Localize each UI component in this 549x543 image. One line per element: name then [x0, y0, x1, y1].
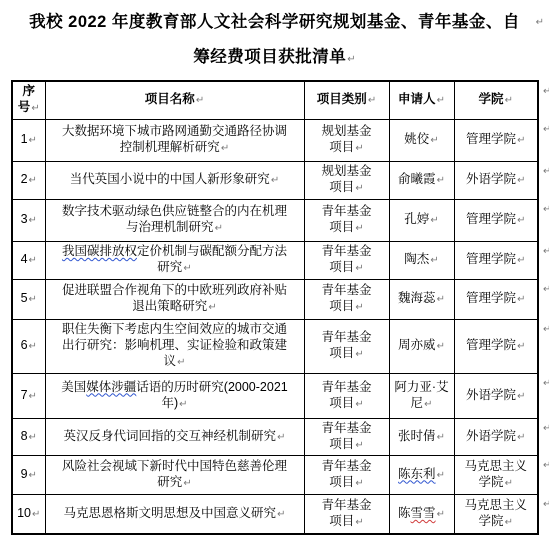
paragraph-mark: ↵ — [355, 302, 363, 313]
row-end-mark: ↵ — [538, 161, 549, 199]
cell-text: 管理学院 — [466, 291, 516, 305]
header-row: 序号↵ 项目名称↵ 项目类别↵ 申请人↵ 学院↵ ↵ — [12, 81, 549, 119]
cell-applicant: 陈雪雪↵ — [389, 494, 454, 534]
paragraph-mark: ↵ — [517, 294, 525, 305]
cell-text: 青年基金项目 — [321, 459, 371, 489]
cell-category: 青年基金项目↵ — [304, 455, 389, 494]
paragraph-mark: ↵ — [183, 478, 191, 489]
paragraph-mark: ↵ — [277, 432, 285, 443]
paragraph-mark: ↵ — [29, 255, 37, 266]
paragraph-mark: ↵ — [517, 135, 525, 146]
paragraph-mark: ↵ — [355, 183, 363, 194]
paragraph-mark: ↵ — [505, 478, 513, 489]
paragraph-mark: ↵ — [517, 341, 525, 352]
paragraph-mark: ↵ — [183, 263, 191, 274]
paragraph-mark: ↵ — [430, 215, 438, 226]
cell-applicant: 孔婷↵ — [389, 199, 454, 241]
paragraph-mark: ↵ — [31, 103, 39, 114]
cell-text: 4 — [21, 252, 28, 266]
title-text: 筹经费项目获批清单 — [193, 48, 346, 66]
paragraph-mark: ↵ — [355, 263, 363, 274]
cell-text: 青年基金项目 — [321, 380, 371, 410]
cell-college: 马克思主义学院↵ — [454, 494, 538, 534]
cell-text: 张时倩 — [398, 429, 436, 443]
cell-text: 马克思主义学院 — [464, 498, 527, 528]
row-end-mark: ↵ — [538, 119, 549, 161]
cell-text: 大数据环境下城市路网通勤交通路径协调控制机理解析研究 — [62, 124, 287, 154]
header-label: 学院 — [479, 92, 504, 106]
paragraph-mark: ↵ — [517, 175, 525, 186]
row-end-mark: ↵ — [538, 199, 549, 241]
cell-college: 外语学院↵ — [454, 161, 538, 199]
cell-text: 1 — [21, 132, 28, 146]
paragraph-mark: ↵ — [543, 124, 549, 135]
cell-text: 3 — [21, 212, 28, 226]
cell-text: 职住失衡下考虑内生空间效应的城市交通出行研究：影响机理、实证检验和政策建议 — [62, 322, 287, 368]
paragraph-mark: ↵ — [430, 135, 438, 146]
cell-text: 青年基金项目 — [321, 283, 371, 313]
cell-college: 马克思主义学院↵ — [454, 455, 538, 494]
cell-text: 阿力亚·艾尼 — [394, 380, 448, 410]
cell-project-name: 当代英国小说中的中国人新形象研究↵ — [45, 161, 304, 199]
table-row: 3↵数字技术驱动绿色供应链整合的内在机理与治理机制研究↵青年基金项目↵孔婷↵管理… — [12, 199, 549, 241]
cell-text: 当代英国小说中的中国人新形象研究 — [70, 172, 270, 186]
paragraph-mark: ↵ — [543, 378, 549, 389]
cell-category: 青年基金项目↵ — [304, 279, 389, 319]
paragraph-mark: ↵ — [536, 5, 544, 40]
paragraph-mark: ↵ — [543, 284, 549, 295]
paragraph-mark: ↵ — [437, 432, 445, 443]
cell-text: 外语学院 — [466, 388, 516, 402]
cell-project-name: 数字技术驱动绿色供应链整合的内在机理与治理机制研究↵ — [45, 199, 304, 241]
paragraph-mark: ↵ — [355, 517, 363, 528]
cell-text: 管理学院 — [466, 252, 516, 266]
cell-project-name: 职住失衡下考虑内生空间效应的城市交通出行研究：影响机理、实证检验和政策建议↵ — [45, 319, 304, 373]
table-row: 2↵当代英国小说中的中国人新形象研究↵规划基金项目↵俞曦霞↵外语学院↵↵ — [12, 161, 549, 199]
paragraph-mark: ↵ — [543, 246, 549, 257]
cell-text: 俞曦霞 — [398, 172, 436, 186]
cell-college: 外语学院↵ — [454, 373, 538, 418]
paragraph-mark: ↵ — [517, 432, 525, 443]
paragraph-mark: ↵ — [355, 349, 363, 360]
cell-applicant: 俞曦霞↵ — [389, 161, 454, 199]
paragraph-mark: ↵ — [355, 478, 363, 489]
paragraph-mark: ↵ — [355, 143, 363, 154]
cell-no: 3↵ — [12, 199, 45, 241]
cell-text: 陶杰 — [404, 252, 429, 266]
cell-category: 青年基金项目↵ — [304, 418, 389, 455]
cell-text: 定价机制与碳配额分配方法研究 — [137, 244, 287, 274]
cell-category: 规划基金项目↵ — [304, 119, 389, 161]
paragraph-mark: ↵ — [29, 391, 37, 402]
cell-text: 孔婷 — [404, 212, 429, 226]
row-end-mark: ↵ — [538, 455, 549, 494]
table-row: 5↵促进联盟合作视角下的中欧班列政府补贴退出策略研究↵青年基金项目↵魏海蕊↵管理… — [12, 279, 549, 319]
paragraph-mark: ↵ — [437, 509, 445, 520]
paragraph-mark: ↵ — [517, 391, 525, 402]
paragraph-mark: ↵ — [355, 223, 363, 234]
paragraph-mark: ↵ — [355, 440, 363, 451]
cell-applicant: 姚佼↵ — [389, 119, 454, 161]
cell-college: 管理学院↵ — [454, 199, 538, 241]
cell-project-name: 促进联盟合作视角下的中欧班列政府补贴退出策略研究↵ — [45, 279, 304, 319]
cell-text: 周亦威 — [398, 338, 436, 352]
cell-project-name: 美国媒体涉疆话语的历时研究(2000-2021 年)↵ — [45, 373, 304, 418]
table-row: 6↵职住失衡下考虑内生空间效应的城市交通出行研究：影响机理、实证检验和政策建议↵… — [12, 319, 549, 373]
title-line-2: 筹经费项目获批清单↵ — [0, 40, 549, 77]
cell-text: 6 — [21, 338, 28, 352]
cell-text: 陈东利 — [398, 467, 436, 481]
paragraph-mark: ↵ — [543, 423, 549, 434]
cell-text: 陈 — [398, 506, 411, 520]
paragraph-mark: ↵ — [347, 54, 355, 65]
paragraph-mark: ↵ — [437, 95, 445, 106]
cell-text: 管理学院 — [466, 212, 516, 226]
paragraph-mark: ↵ — [543, 460, 549, 471]
cell-no: 7↵ — [12, 373, 45, 418]
cell-text: 管理学院 — [466, 132, 516, 146]
cell-text: 规划基金项目 — [321, 124, 371, 154]
cell-text: 7 — [21, 388, 28, 402]
paragraph-mark: ↵ — [543, 86, 549, 97]
cell-text: 9 — [21, 467, 28, 481]
paragraph-mark: ↵ — [437, 470, 445, 481]
cell-category: 规划基金项目↵ — [304, 161, 389, 199]
cell-applicant: 魏海蕊↵ — [389, 279, 454, 319]
cell-text: 姚佼 — [404, 132, 429, 146]
cell-text: 管理学院 — [466, 338, 516, 352]
cell-text: 英汉反身代词回指的交互神经机制研究 — [64, 429, 277, 443]
paragraph-mark: ↵ — [29, 432, 37, 443]
paragraph-mark: ↵ — [517, 255, 525, 266]
cell-text: 风险社会视域下新时代中国特色慈善伦理研究 — [62, 459, 287, 489]
paragraph-mark: ↵ — [505, 95, 513, 106]
table-row: 10↵马克思恩格斯文明思想及中国意义研究↵青年基金项目↵陈雪雪↵马克思主义学院↵… — [12, 494, 549, 534]
paragraph-mark: ↵ — [29, 135, 37, 146]
paragraph-mark: ↵ — [368, 95, 376, 106]
table-header: 序号↵ 项目名称↵ 项目类别↵ 申请人↵ 学院↵ ↵ — [12, 81, 549, 119]
table-row: 8↵英汉反身代词回指的交互神经机制研究↵青年基金项目↵张时倩↵外语学院↵↵ — [12, 418, 549, 455]
cell-text: 马克思恩格斯文明思想及中国意义研究 — [64, 506, 277, 520]
paragraph-mark: ↵ — [29, 175, 37, 186]
cell-text: 外语学院 — [466, 429, 516, 443]
approved-projects-table: 序号↵ 项目名称↵ 项目类别↵ 申请人↵ 学院↵ ↵ 1↵大数据环境下城市路网通… — [11, 80, 549, 535]
row-end-mark: ↵ — [538, 418, 549, 455]
cell-text: 雪雪 — [411, 506, 436, 520]
cell-no: 10↵ — [12, 494, 45, 534]
paragraph-mark: ↵ — [543, 499, 549, 510]
cell-category: 青年基金项目↵ — [304, 199, 389, 241]
paragraph-mark: ↵ — [505, 517, 513, 528]
cell-college: 管理学院↵ — [454, 241, 538, 279]
title-line-1: 我校 2022 年度教育部人文社会科学研究规划基金、青年基金、自 ↵ — [0, 5, 549, 40]
cell-text: 媒体涉疆 — [86, 380, 136, 394]
cell-applicant: 张时倩↵ — [389, 418, 454, 455]
row-end-mark: ↵ — [538, 81, 549, 119]
cell-college: 管理学院↵ — [454, 119, 538, 161]
cell-project-name: 马克思恩格斯文明思想及中国意义研究↵ — [45, 494, 304, 534]
cell-college: 外语学院↵ — [454, 418, 538, 455]
paragraph-mark: ↵ — [29, 215, 37, 226]
row-end-mark: ↵ — [538, 279, 549, 319]
cell-text: 青年基金项目 — [321, 330, 371, 360]
paragraph-mark: ↵ — [271, 175, 279, 186]
cell-category: 青年基金项目↵ — [304, 494, 389, 534]
cell-text: 8 — [21, 429, 28, 443]
cell-text: 促进联盟合作视角下的中欧班列政府补贴退出策略研究 — [62, 283, 287, 313]
cell-no: 2↵ — [12, 161, 45, 199]
paragraph-mark: ↵ — [543, 166, 549, 177]
paragraph-mark: ↵ — [29, 470, 37, 481]
document-page: 我校 2022 年度教育部人文社会科学研究规划基金、青年基金、自 ↵ 筹经费项目… — [0, 0, 549, 543]
header-label: 项目类别 — [317, 92, 367, 106]
cell-applicant: 陶杰↵ — [389, 241, 454, 279]
table-row: 9↵风险社会视域下新时代中国特色慈善伦理研究↵青年基金项目↵陈东利↵马克思主义学… — [12, 455, 549, 494]
cell-text: 2 — [21, 172, 28, 186]
cell-no: 6↵ — [12, 319, 45, 373]
cell-category: 青年基金项目↵ — [304, 319, 389, 373]
cell-applicant: 陈东利↵ — [389, 455, 454, 494]
row-end-mark: ↵ — [538, 373, 549, 418]
cell-no: 1↵ — [12, 119, 45, 161]
cell-text: 青年基金项目 — [321, 204, 371, 234]
table-row: 7↵美国媒体涉疆话语的历时研究(2000-2021 年)↵青年基金项目↵阿力亚·… — [12, 373, 549, 418]
document-title: 我校 2022 年度教育部人文社会科学研究规划基金、青年基金、自 ↵ 筹经费项目… — [0, 5, 549, 77]
table-row: 1↵大数据环境下城市路网通勤交通路径协调控制机理解析研究↵规划基金项目↵姚佼↵管… — [12, 119, 549, 161]
cell-text: 青年基金项目 — [321, 498, 371, 528]
paragraph-mark: ↵ — [196, 95, 204, 106]
paragraph-mark: ↵ — [424, 399, 432, 410]
cell-no: 9↵ — [12, 455, 45, 494]
cell-text: 青年基金项目 — [321, 244, 371, 274]
header-label: 申请人 — [398, 92, 436, 106]
paragraph-mark: ↵ — [277, 509, 285, 520]
paragraph-mark: ↵ — [215, 223, 223, 234]
paragraph-mark: ↵ — [437, 175, 445, 186]
cell-college: 管理学院↵ — [454, 279, 538, 319]
row-end-mark: ↵ — [538, 241, 549, 279]
cell-text: 规划基金项目 — [321, 164, 371, 194]
title-text: 我校 2022 年度教育部人文社会科学研究规划基金、青年基金、自 — [29, 13, 520, 31]
paragraph-mark: ↵ — [355, 399, 363, 410]
table-body: 1↵大数据环境下城市路网通勤交通路径协调控制机理解析研究↵规划基金项目↵姚佼↵管… — [12, 119, 549, 534]
header-college: 学院↵ — [454, 81, 538, 119]
paragraph-mark: ↵ — [179, 399, 187, 410]
cell-no: 8↵ — [12, 418, 45, 455]
cell-applicant: 阿力亚·艾尼↵ — [389, 373, 454, 418]
paragraph-mark: ↵ — [29, 341, 37, 352]
cell-text: 美国 — [61, 380, 86, 394]
row-end-mark: ↵ — [538, 494, 549, 534]
header-no: 序号↵ — [12, 81, 45, 119]
cell-text: 我国碳排放权 — [62, 244, 137, 258]
header-label: 项目名称 — [145, 92, 195, 106]
cell-text: 话语的历时研究(2000-2021 年) — [136, 380, 287, 410]
cell-category: 青年基金项目↵ — [304, 241, 389, 279]
cell-text: 外语学院 — [466, 172, 516, 186]
paragraph-mark: ↵ — [221, 143, 229, 154]
cell-applicant: 周亦威↵ — [389, 319, 454, 373]
header-category: 项目类别↵ — [304, 81, 389, 119]
cell-text: 10 — [17, 506, 31, 520]
cell-project-name: 英汉反身代词回指的交互神经机制研究↵ — [45, 418, 304, 455]
cell-text: 数字技术驱动绿色供应链整合的内在机理与治理机制研究 — [62, 204, 287, 234]
cell-project-name: 大数据环境下城市路网通勤交通路径协调控制机理解析研究↵ — [45, 119, 304, 161]
row-end-mark: ↵ — [538, 319, 549, 373]
cell-project-name: 风险社会视域下新时代中国特色慈善伦理研究↵ — [45, 455, 304, 494]
paragraph-mark: ↵ — [437, 341, 445, 352]
cell-text: 青年基金项目 — [321, 421, 371, 451]
paragraph-mark: ↵ — [32, 509, 40, 520]
cell-text: 魏海蕊 — [398, 291, 436, 305]
header-project-name: 项目名称↵ — [45, 81, 304, 119]
paragraph-mark: ↵ — [208, 302, 216, 313]
cell-project-name: 我国碳排放权定价机制与碳配额分配方法研究↵ — [45, 241, 304, 279]
cell-no: 5↵ — [12, 279, 45, 319]
cell-no: 4↵ — [12, 241, 45, 279]
paragraph-mark: ↵ — [517, 215, 525, 226]
paragraph-mark: ↵ — [543, 324, 549, 335]
cell-text: 马克思主义学院 — [464, 459, 527, 489]
cell-college: 管理学院↵ — [454, 319, 538, 373]
paragraph-mark: ↵ — [29, 294, 37, 305]
paragraph-mark: ↵ — [543, 204, 549, 215]
paragraph-mark: ↵ — [177, 357, 185, 368]
cell-category: 青年基金项目↵ — [304, 373, 389, 418]
cell-text: 5 — [21, 291, 28, 305]
paragraph-mark: ↵ — [430, 255, 438, 266]
table-row: 4↵我国碳排放权定价机制与碳配额分配方法研究↵青年基金项目↵陶杰↵管理学院↵↵ — [12, 241, 549, 279]
header-applicant: 申请人↵ — [389, 81, 454, 119]
paragraph-mark: ↵ — [437, 294, 445, 305]
